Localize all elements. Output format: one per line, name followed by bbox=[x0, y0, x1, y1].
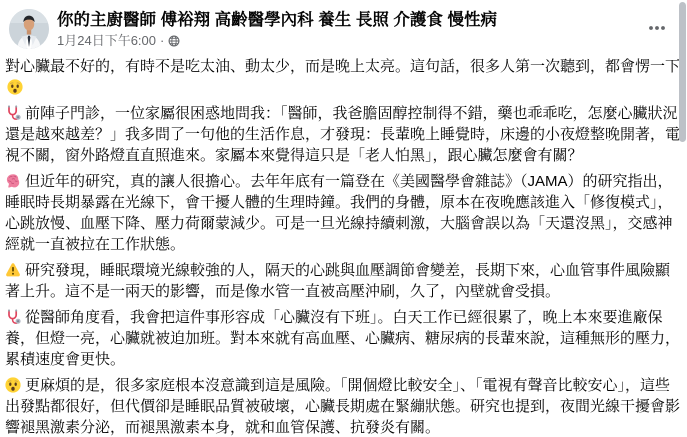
timestamp[interactable]: 1月24日下午6:00 bbox=[57, 33, 156, 49]
warning-sign-emoji bbox=[5, 262, 21, 278]
post-meta: 1月24日下午6:00 · bbox=[57, 33, 497, 49]
brain-emoji bbox=[5, 173, 21, 189]
frowning-open-mouth-face-emoji bbox=[7, 79, 23, 95]
post-paragraph: 前陣子門診，一位家屬很困惑地問我：「醫師，我爸膽固醇控制得不錯，藥也乖乖吃，怎麼… bbox=[5, 103, 681, 166]
post-paragraph: 從醫師角度看，我會把這件事形容成「心臟沒有下班」。白天工作已經很累了，晚上本來要… bbox=[5, 307, 681, 370]
paragraph-text: 前陣子門診，一位家屬很困惑地問我：「醫師，我爸膽固醇控制得不錯，藥也乖乖吃，怎麼… bbox=[5, 105, 680, 164]
avatar[interactable] bbox=[9, 9, 49, 49]
author-name[interactable]: 你的主廚醫師 傅裕翔 高齡醫學內科 養生 長照 介護食 慢性病 bbox=[57, 10, 497, 30]
ellipsis-icon bbox=[647, 18, 667, 38]
meta-separator: · bbox=[160, 33, 164, 49]
post-paragraph: 對心臟最不好的，有時不是吃太油、動太少，而是晚上太亮。這句話，很多人第一次聽到，… bbox=[5, 56, 681, 98]
stethoscope-emoji bbox=[5, 105, 21, 121]
paragraph-text: 但近年的研究，真的讓人很擔心。去年年底有一篇登在《美國醫學會雜誌》（JAMA）的… bbox=[5, 173, 673, 253]
globe-icon bbox=[168, 35, 180, 47]
post-paragraph: 更麻煩的是，很多家庭根本沒意識到這是風險。「開個燈比較安全」、「電視有聲音比較安… bbox=[5, 375, 681, 437]
paragraph-text: 對心臟最不好的，有時不是吃太油、動太少，而是晚上太亮。這句話，很多人第一次聽到，… bbox=[5, 58, 680, 75]
paragraph-text: 更麻煩的是，很多家庭根本沒意識到這是風險。「開個燈比較安全」、「電視有聲音比較安… bbox=[5, 377, 680, 436]
post-header: 你的主廚醫師 傅裕翔 高齡醫學內科 養生 長照 介護食 慢性病 1月24日下午6… bbox=[0, 0, 687, 54]
scrollbar-thumb[interactable] bbox=[679, 2, 686, 142]
post-paragraph: 研究發現，睡眠環境光線較強的人，隔天的心跳與血壓調節會變差，長期下來，心血管事件… bbox=[5, 260, 681, 302]
paragraph-text: 研究發現，睡眠環境光線較強的人，隔天的心跳與血壓調節會變差，長期下來，心血管事件… bbox=[5, 262, 670, 300]
scrollbar[interactable] bbox=[678, 0, 687, 437]
paragraph-text: 從醫師角度看，我會把這件事形容成「心臟沒有下班」。白天工作已經很累了，晚上本來要… bbox=[5, 309, 680, 368]
post-body: 對心臟最不好的，有時不是吃太油、動太少，而是晚上太亮。這句話，很多人第一次聽到，… bbox=[0, 54, 687, 437]
frowning-open-mouth-face-emoji bbox=[5, 377, 21, 393]
post-paragraph: 但近年的研究，真的讓人很擔心。去年年底有一篇登在《美國醫學會雜誌》（JAMA）的… bbox=[5, 171, 681, 255]
stethoscope-emoji bbox=[5, 309, 21, 325]
more-options-button[interactable] bbox=[643, 16, 671, 40]
header-meta: 你的主廚醫師 傅裕翔 高齡醫學內科 養生 長照 介護食 慢性病 1月24日下午6… bbox=[57, 9, 497, 49]
facebook-post: 你的主廚醫師 傅裕翔 高齡醫學內科 養生 長照 介護食 慢性病 1月24日下午6… bbox=[0, 0, 687, 437]
